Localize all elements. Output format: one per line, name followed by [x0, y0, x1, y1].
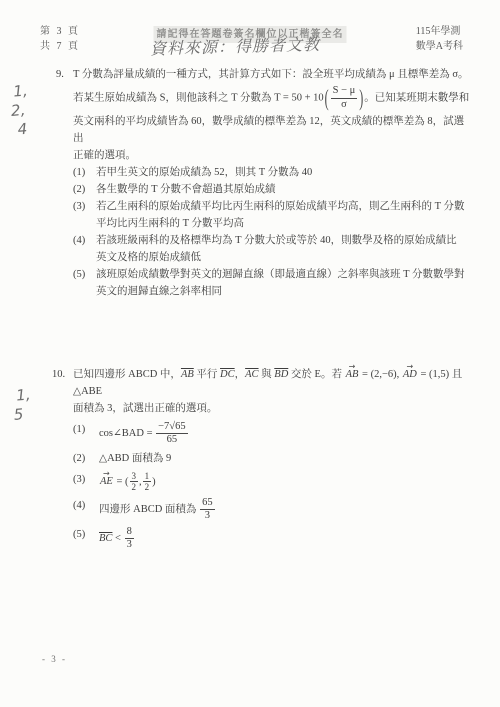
exam-year: 115年學測	[416, 24, 463, 39]
q10-segment-ab: AB	[181, 369, 194, 380]
q9-stem-line2-post: 。已知某班期末數學和	[364, 92, 469, 103]
q10-option-4-fraction: 653	[200, 497, 215, 522]
q10-option-2-text: △ABD 面積為 9	[99, 450, 486, 467]
handwritten-answer-q9-2: 2,	[10, 100, 30, 121]
q9-option-4: (4) 若該班級兩科的及格標準均為 T 分數大於或等於 40，則數學及格的原始成…	[73, 232, 474, 249]
page-count-block: 第 3 頁 共 7 頁	[40, 24, 80, 54]
q10-segment-ac: AC	[245, 369, 258, 380]
q9-option-2-text: 各生數學的 T 分數不會超過其原始成績	[96, 181, 474, 198]
q10-vector-ad: AD	[403, 366, 417, 383]
q10-option-3-f2-denominator: 2	[143, 482, 152, 492]
q10-stem-seg1: 已知四邊形 ABCD 中，	[73, 369, 181, 380]
q10-option-5-relation: <	[112, 533, 123, 544]
q10-option-3-close: )	[152, 476, 156, 487]
q10-option-2-number: (2)	[73, 450, 99, 467]
q10-option-1-numerator: −7√65	[156, 421, 187, 434]
q9-stem-line4: 正確的選項。	[73, 147, 474, 164]
q10-segment-dc: DC	[220, 369, 235, 380]
question-10: 10. 已知四邊形 ABCD 中，AB 平行 DC，AC 與 BD 交於 E。若…	[52, 366, 486, 551]
q9-paren-close: )	[358, 70, 364, 127]
q9-option-5-number: (5)	[73, 266, 96, 283]
q10-option-5-denominator: 3	[125, 539, 134, 551]
q10-segment-bd: BD	[274, 369, 288, 380]
q10-segment-bc: BC	[99, 533, 112, 544]
q10-vector-ae: AE	[100, 473, 113, 490]
q10-option-4-numerator: 65	[200, 497, 215, 510]
q9-option-1-number: (1)	[73, 164, 96, 181]
q10-option-3-text: AE = (32,12)	[99, 471, 486, 493]
question-10-number: 10.	[52, 366, 65, 383]
question-9-number: 9.	[56, 66, 64, 83]
q10-option-3-f1-numerator: 3	[130, 471, 139, 482]
q10-option-3-fraction-2: 12	[143, 471, 152, 493]
q10-stem-line2: 面積為 3，試選出正確的選項。	[73, 400, 486, 417]
q9-stem-line2-pre: 若某生原始成績為 S，則他該科之 T 分數為 T = 50 + 10	[73, 92, 324, 103]
q10-stem-line1: 已知四邊形 ABCD 中，AB 平行 DC，AC 與 BD 交於 E。若 AB …	[73, 366, 486, 400]
handwritten-answer-q10-2: 5	[13, 404, 33, 425]
q9-option-3-text: 若乙生兩科的原始成績平均比丙生兩科的原始成績平均高，則乙生兩科的 T 分數	[96, 198, 474, 215]
q9-option-4-text-line2: 英文及格的原始成績低	[96, 249, 474, 266]
exam-subject: 數學A考科	[416, 39, 463, 54]
q10-option-5-text: BC < 83	[99, 526, 486, 551]
handwritten-source-note: 資料來源：得勝者文教	[150, 36, 320, 57]
q10-option-1: (1) cos∠BAD = −7√6565	[73, 421, 486, 446]
q9-option-2: (2) 各生數學的 T 分數不會超過其原始成績	[73, 181, 474, 198]
q10-vector-ab: AB	[346, 366, 359, 383]
handwritten-answer-q10: 1, 5	[15, 385, 33, 424]
q10-stem-seg2: 平行	[194, 369, 220, 380]
q9-option-4-number: (4)	[73, 232, 96, 249]
q9-paren-open: (	[324, 70, 330, 127]
q10-option-4: (4) 四邊形 ABCD 面積為 653	[73, 497, 486, 522]
q10-stem-seg5: 交於 E。若	[288, 369, 344, 380]
q10-option-4-pre: 四邊形 ABCD 面積為	[99, 504, 199, 515]
q9-stem-line1: T 分數為評量成績的一種方式，其計算方式如下：設全班平均成績為 μ 且標準差為 …	[73, 66, 474, 83]
q9-option-3: (3) 若乙生兩科的原始成績平均比丙生兩科的原始成績平均高，則乙生兩科的 T 分…	[73, 198, 474, 215]
q10-option-5-number: (5)	[73, 526, 99, 543]
page-count-line1: 第 3 頁	[40, 24, 80, 39]
page-count-line2: 共 7 頁	[40, 39, 80, 54]
q10-option-1-denominator: 65	[156, 434, 187, 446]
question-9-body: T 分數為評量成績的一種方式，其計算方式如下：設全班平均成績為 μ 且標準差為 …	[73, 66, 474, 300]
q9-stem-line2: 若某生原始成績為 S，則他該科之 T 分數為 T = 50 + 10(S − μ…	[73, 83, 474, 113]
q10-option-4-denominator: 3	[200, 510, 215, 522]
q10-option-3-f2-numerator: 1	[143, 471, 152, 482]
q10-option-3-f1-denominator: 2	[130, 482, 139, 492]
q10-option-5: (5) BC < 83	[73, 526, 486, 551]
q10-option-3: (3) AE = (32,12)	[73, 471, 486, 493]
q9-option-3-number: (3)	[73, 198, 96, 215]
q9-option-2-number: (2)	[73, 181, 96, 198]
q9-formula-denominator: σ	[331, 99, 358, 111]
q9-formula-fraction: S − μσ	[331, 85, 358, 110]
handwritten-answer-q9-3: 4	[17, 119, 32, 139]
q10-option-5-numerator: 8	[125, 526, 134, 539]
q10-option-3-eq: = (	[114, 476, 129, 487]
q10-option-3-fraction-1: 32	[130, 471, 139, 493]
question-10-body: 已知四邊形 ABCD 中，AB 平行 DC，AC 與 BD 交於 E。若 AB …	[73, 366, 486, 551]
exam-title-block: 115年學測 數學A考科	[416, 24, 463, 54]
q10-stem-seg3: ，	[235, 369, 246, 380]
q10-stem-seg4: 與	[259, 369, 275, 380]
q10-option-4-text: 四邊形 ABCD 面積為 653	[99, 497, 486, 522]
q9-option-5-text-line2: 英文的迴歸直線之斜率相同	[96, 283, 474, 300]
q10-option-3-number: (3)	[73, 471, 99, 488]
q9-option-4-text: 若該班級兩科的及格標準均為 T 分數大於或等於 40，則數學及格的原始成績比	[96, 232, 474, 249]
handwritten-answer-q10-1: 1,	[15, 385, 31, 405]
q10-option-5-fraction: 83	[125, 526, 134, 551]
q10-option-3-comma: ,	[139, 476, 142, 487]
footer-page-number: - 3 -	[42, 651, 67, 668]
q9-option-5-text: 該班原始成績數學對英文的迴歸直線（即最適直線）之斜率與該班 T 分數數學對	[96, 266, 474, 283]
q9-formula-numerator: S − μ	[331, 85, 358, 98]
q10-option-1-pre: cos∠BAD =	[99, 428, 155, 439]
q9-option-5: (5) 該班原始成績數學對英文的迴歸直線（即最適直線）之斜率與該班 T 分數數學…	[73, 266, 474, 283]
q9-option-1: (1) 若甲生英文的原始成績為 52，則其 T 分數為 40	[73, 164, 474, 181]
handwritten-answer-q9: 1, 2, 4	[13, 81, 32, 139]
q9-option-3-text-line2: 平均比丙生兩科的 T 分數平均高	[96, 215, 474, 232]
q10-option-1-number: (1)	[73, 421, 99, 438]
exam-page: 第 3 頁 共 7 頁 請記得在答題卷簽名欄位以正楷簽全名 115年學測 數學A…	[0, 0, 500, 707]
q10-option-2: (2) △ABD 面積為 9	[73, 450, 486, 467]
q9-option-1-text: 若甲生英文的原始成績為 52，則其 T 分數為 40	[96, 164, 474, 181]
handwritten-answer-q9-1: 1,	[13, 81, 29, 101]
q10-option-4-number: (4)	[73, 497, 99, 514]
q9-stem-line3: 英文兩科的平均成績皆為 60，數學成績的標準差為 12，英文成績的標準差為 8，…	[73, 113, 474, 147]
question-9: 9. T 分數為評量成績的一種方式，其計算方式如下：設全班平均成績為 μ 且標準…	[56, 66, 474, 300]
q10-option-1-text: cos∠BAD = −7√6565	[99, 421, 486, 446]
q10-stem-seg6: = (2,−6),	[359, 369, 401, 380]
q10-option-1-fraction: −7√6565	[156, 421, 187, 446]
